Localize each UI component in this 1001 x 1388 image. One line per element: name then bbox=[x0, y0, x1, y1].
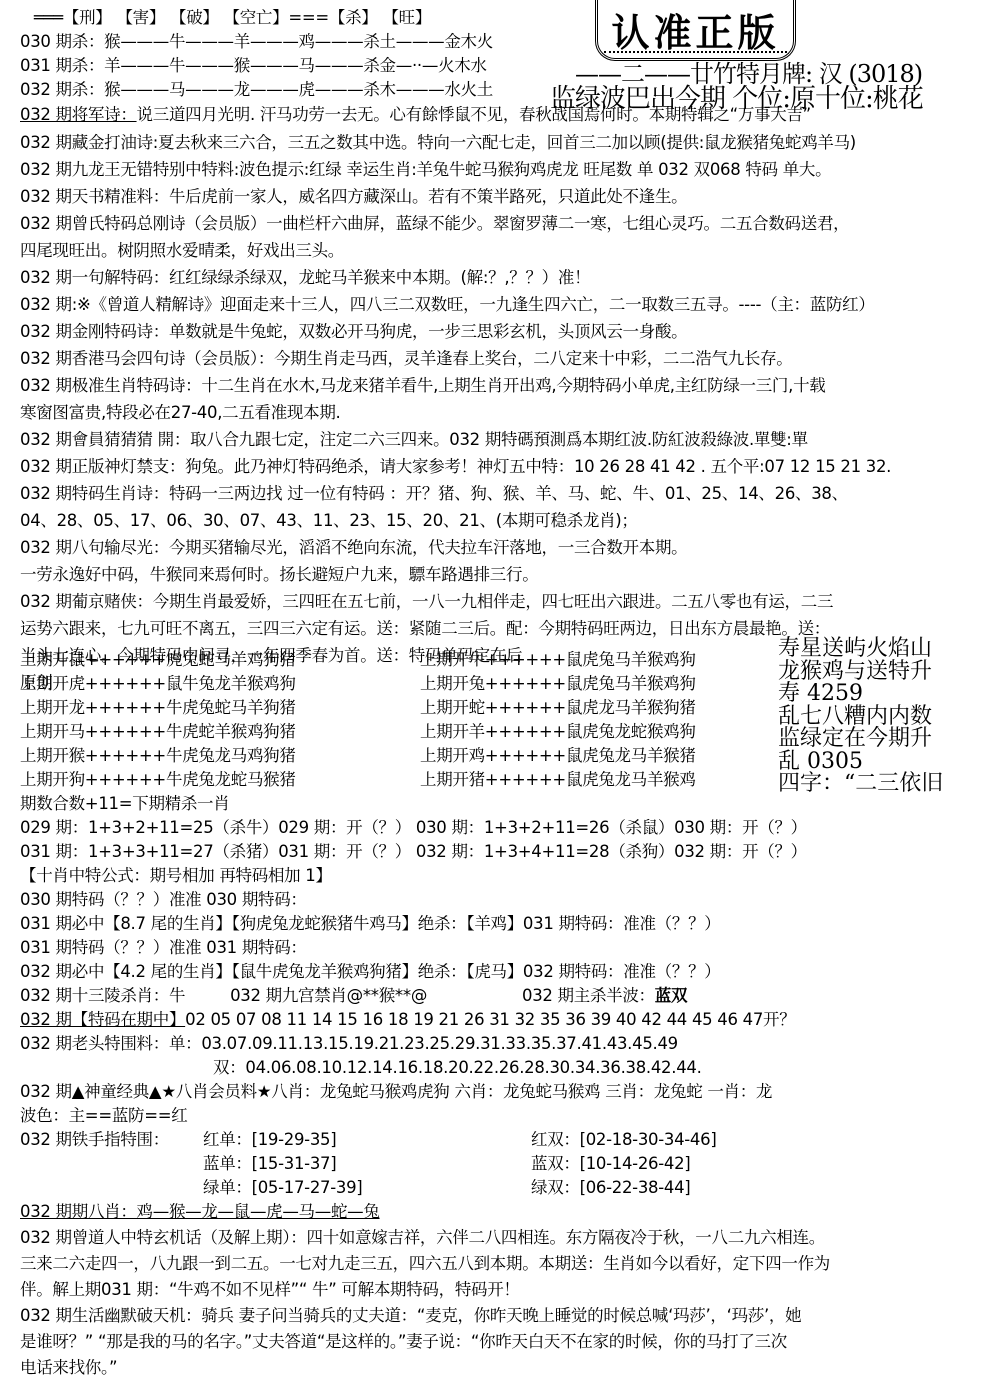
tieshou-l0: 红单：[19-29-35] bbox=[203, 1128, 336, 1152]
wave-color: 波色：主==蓝防==红 bbox=[20, 1104, 188, 1128]
line: 032 期金刚特码诗：单数就是牛兔蛇，双数必开马狗虎，一步三思彩玄机，头顶风云一… bbox=[20, 320, 687, 344]
line: 一劳永逸好中码，牛猴同来焉何时。扬长避短户九来，驃车路遇排三行。 bbox=[20, 563, 538, 587]
line: 是谁呀？” “那是我的马的名字。”丈夫答道“是这样的。”妻子说：“你昨天白天不在… bbox=[20, 1330, 787, 1354]
side-poem-line: 寿星送屿火焰山 bbox=[778, 638, 943, 661]
thirteen-kill: 032 期十三陵杀肖：牛 bbox=[20, 986, 185, 1005]
line: 032 期必中【4.2 尾的生肖】【鼠牛虎兔龙羊猴鸡狗猪】绝杀：【虎马】032 … bbox=[20, 960, 720, 984]
line: 【十肖中特公式：期号相加 再特码相加 1】 bbox=[20, 864, 332, 888]
laotou-double: 双：04.06.08.10.12.14.16.18.20.22.26.28.30… bbox=[213, 1056, 702, 1080]
zodiac-right-1: 上期开兔++++++鼠虎兔马羊猴鸡狗 bbox=[420, 672, 696, 696]
shentong-line: 032 期▲神童经典▲★八肖会员料★八肖：龙兔蛇马猴鸡虎狗 六肖：龙兔蛇马猴鸡 … bbox=[20, 1080, 772, 1104]
line: 04、28、05、17、06、30、07、43、11、23、15、20、21、(… bbox=[20, 509, 638, 533]
line: 032 期曾道人中特玄机话（及解上期）：四十如意嫁吉祥，六伴二八四相连。东方隔夜… bbox=[20, 1226, 825, 1250]
zodiac-left-3: 上期开马++++++牛虎蛇羊猴鸡狗猪 bbox=[20, 720, 296, 744]
zodiac-left-2: 上期开龙++++++牛虎兔蛇马羊狗猪 bbox=[20, 696, 296, 720]
zodiac-right-2: 上期开蛇++++++鼠虎龙马羊猴狗猪 bbox=[420, 696, 696, 720]
line: 032 期香港马会四句诗（会员版）：今期生肖走马西，灵羊逢春上奖台，二八定来十中… bbox=[20, 347, 793, 371]
line: 032 期:※《曾道人精解诗》迎面走来十三人，四八三二双数旺，一九逢生四六亡，二… bbox=[20, 293, 875, 317]
zodiac-left-5: 上期开狗++++++牛虎兔龙蛇马猴猪 bbox=[20, 768, 296, 792]
line: 029 期：1+3+2+11=25（杀牛）029 期：开（？） 030 期：1+… bbox=[20, 816, 807, 840]
nine-palace: 032 期九宫禁肖@**猴**@ bbox=[230, 986, 427, 1005]
side-poem-line: 监绿定在今期升 bbox=[778, 728, 943, 751]
line: 031 期：1+3+3+11=27（杀猪）031 期：开（？） 032 期：1+… bbox=[20, 840, 807, 864]
line: 032 期极准生肖特码诗：十二生肖在水木,马龙来猪羊看牛,上期生肖开出鸡,今期特… bbox=[20, 374, 825, 398]
kill-row-030: 030 期杀：猴———牛———羊———鸡———杀土———金木火 bbox=[20, 30, 493, 54]
line: 031 期特码（？？）准准 031 期特码： bbox=[20, 936, 307, 960]
line: 030 期特码（？？）准准 030 期特码： bbox=[20, 888, 307, 912]
authentic-logo: 认准正版 bbox=[595, 0, 796, 61]
line: 四尾现旺出。树阴照水爱晴柔，好戏出三头。 bbox=[20, 239, 344, 263]
zodiac-right-4: 上期开鸡++++++鼠虎兔龙马羊猴猪 bbox=[420, 744, 696, 768]
line: 032 期九龙王无错特别中特料:波色提示:红绿 幸运生肖:羊兔牛蛇马猴狗鸡虎龙 … bbox=[20, 158, 831, 182]
line: 电话来找你。” bbox=[20, 1356, 117, 1380]
line: 032 期天书精准料：牛后虎前一家人，威名四方藏深山。若有不策半路死，只道此处不… bbox=[20, 185, 687, 209]
side-poem-line: 乱七八糟内内数 bbox=[778, 706, 943, 729]
header-row: ═══【刑】 【害】 【破】 【空亡】===【杀】 【旺】 bbox=[34, 6, 431, 30]
line-general-poem: 032 期将军诗：说三道四月光明. 汗马功劳一去无。心有餘悸鼠不见，春秋战国焉何… bbox=[20, 103, 811, 127]
general-poem-text: 说三道四月光明. 汗马功劳一去无。心有餘悸鼠不见，春秋战国焉何时。本期特辑之“万… bbox=[137, 105, 811, 124]
line: 031 期必中【8.7 尾的生肖】【狗虎兔龙蛇猴猪牛鸡马】绝杀：【羊鸡】031 … bbox=[20, 912, 720, 936]
tieshou-l2: 绿单：[05-17-27-39] bbox=[203, 1176, 362, 1200]
zodiac-right-5: 上期开猪++++++鼠虎兔龙马羊猴鸡 bbox=[420, 768, 696, 792]
side-poem-line: 龙猴鸡与送特升 bbox=[778, 661, 943, 684]
kill-row-031: 031 期杀：羊———牛———猴———马———杀金—··—火木水 bbox=[20, 54, 487, 78]
line: 伴。解上期031 期：“牛鸡不如不见样”“ 牛” 可解本期特码，特码开！ bbox=[20, 1278, 520, 1302]
line: 032 期一句解特码：红红绿绿杀绿双，龙蛇马羊猴来中本期。(解:？,？？）准！ bbox=[20, 266, 590, 290]
tieshou-label: 032 期铁手指特围： bbox=[20, 1128, 169, 1152]
thirteen-line: 032 期十三陵杀肖：牛 032 期九宫禁肖@**猴**@ 032 期主杀半波：… bbox=[20, 984, 687, 1008]
tieshou-r0: 红双：[02-18-30-34-46] bbox=[531, 1128, 716, 1152]
side-poem-line: 四字：“二三依旧 bbox=[778, 773, 943, 796]
line: 三来二六走四一，八九跟一到二五。一七对九走三五，四六五八到本期。本期送：生肖如今… bbox=[20, 1252, 830, 1276]
side-poem: 寿星送屿火焰山 龙猴鸡与送特升 寿 4259 乱七八糟内内数 监绿定在今期升 乱… bbox=[778, 638, 943, 796]
kill-row-032: 032 期杀：猴———马———龙———虎———杀木———水火土 bbox=[20, 78, 493, 102]
line: 期数合数+11=下期精杀一肖 bbox=[20, 792, 229, 816]
zodiac-left-0: 上期开鼠++++++虎兔蛇马羊鸡狗猪 bbox=[20, 648, 296, 672]
side-poem-line: 乱 0305 bbox=[778, 751, 943, 774]
line: 032 期生活幽默破天机：骑兵 妻子问当骑兵的丈夫道：“麦克，你昨天晚上睡觉的时… bbox=[20, 1304, 801, 1328]
line: 032 期特码生肖诗：特码一三两边找 过一位有特码 ：开？猪、狗、猴、羊、马、蛇… bbox=[20, 482, 848, 506]
line: 032 期八句输尽光：今期买猪输尽光，滔滔不绝向东流，代夫拉车汗落地，一三合数开… bbox=[20, 536, 687, 560]
tieshou-r2: 绿双：[06-22-38-44] bbox=[531, 1176, 690, 1200]
general-poem-label: 032 期将军诗： bbox=[20, 105, 137, 124]
special-numbers: 02 05 07 08 11 14 15 16 18 19 21 26 31 3… bbox=[185, 1010, 795, 1029]
main-kill-value: 蓝双 bbox=[655, 986, 687, 1005]
zodiac-right-0: 上期开牛++++++鼠虎兔马羊猴鸡狗 bbox=[420, 648, 696, 672]
tieshou-r1: 蓝双：[10-14-26-42] bbox=[531, 1152, 690, 1176]
zodiac-left-1: 上期开虎++++++鼠牛兔龙羊猴鸡狗 bbox=[20, 672, 296, 696]
eight-zodiac-line: 032 期期八肖：鸡—猴—龙—鼠—虎—马—蛇—兔 bbox=[20, 1200, 380, 1224]
special-label: 032 期【特码在期中】 bbox=[20, 1010, 185, 1029]
logo-text: 认准正版 bbox=[611, 2, 779, 57]
line: 032 期正版神灯禁支：狗兔。此乃神灯特码绝杀，请大家参考！神灯五中特：10 2… bbox=[20, 455, 891, 479]
main-kill-label: 032 期主杀半波： bbox=[522, 986, 655, 1005]
tieshou-l1: 蓝单：[15-31-37] bbox=[203, 1152, 336, 1176]
line: 运势六跟来，七九可旺不离五，三四三六定有运。送：紧随二三后。配：今期特码旺两边，… bbox=[20, 617, 830, 641]
zodiac-left-4: 上期开猴++++++牛虎兔龙马鸡狗猪 bbox=[20, 744, 296, 768]
line: 032 期葡京赌侠：今期生肖最爱娇，三四旺在五七前，一八一九相伴走，四七旺出六跟… bbox=[20, 590, 833, 614]
special-line: 032 期【特码在期中】02 05 07 08 11 14 15 16 18 1… bbox=[20, 1008, 795, 1032]
zodiac-right-3: 上期开羊++++++鼠虎兔龙蛇猴鸡狗 bbox=[420, 720, 696, 744]
line: 寒窗图富贵,特段必在27-40,二五看准现本期. bbox=[20, 401, 340, 425]
line: 032 期曾氏特码总刚诗（会员版）一曲栏杆六曲屏，蓝绿不能少。翠窗罗薄二一寒，七… bbox=[20, 212, 849, 236]
laotou-single: 032 期老头特围料：单：03.07.09.11.13.15.19.21.23.… bbox=[20, 1032, 678, 1056]
side-poem-line: 寿 4259 bbox=[778, 683, 943, 706]
line: 032 期會員猜猜猜 開：取八合九跟七定，注定二六三四来。032 期特碼預測爲本… bbox=[20, 428, 808, 452]
line: 032 期藏金打油诗:夏去秋来三六合，三五之数其中选。特向一六配七走，回首三二加… bbox=[20, 131, 856, 155]
